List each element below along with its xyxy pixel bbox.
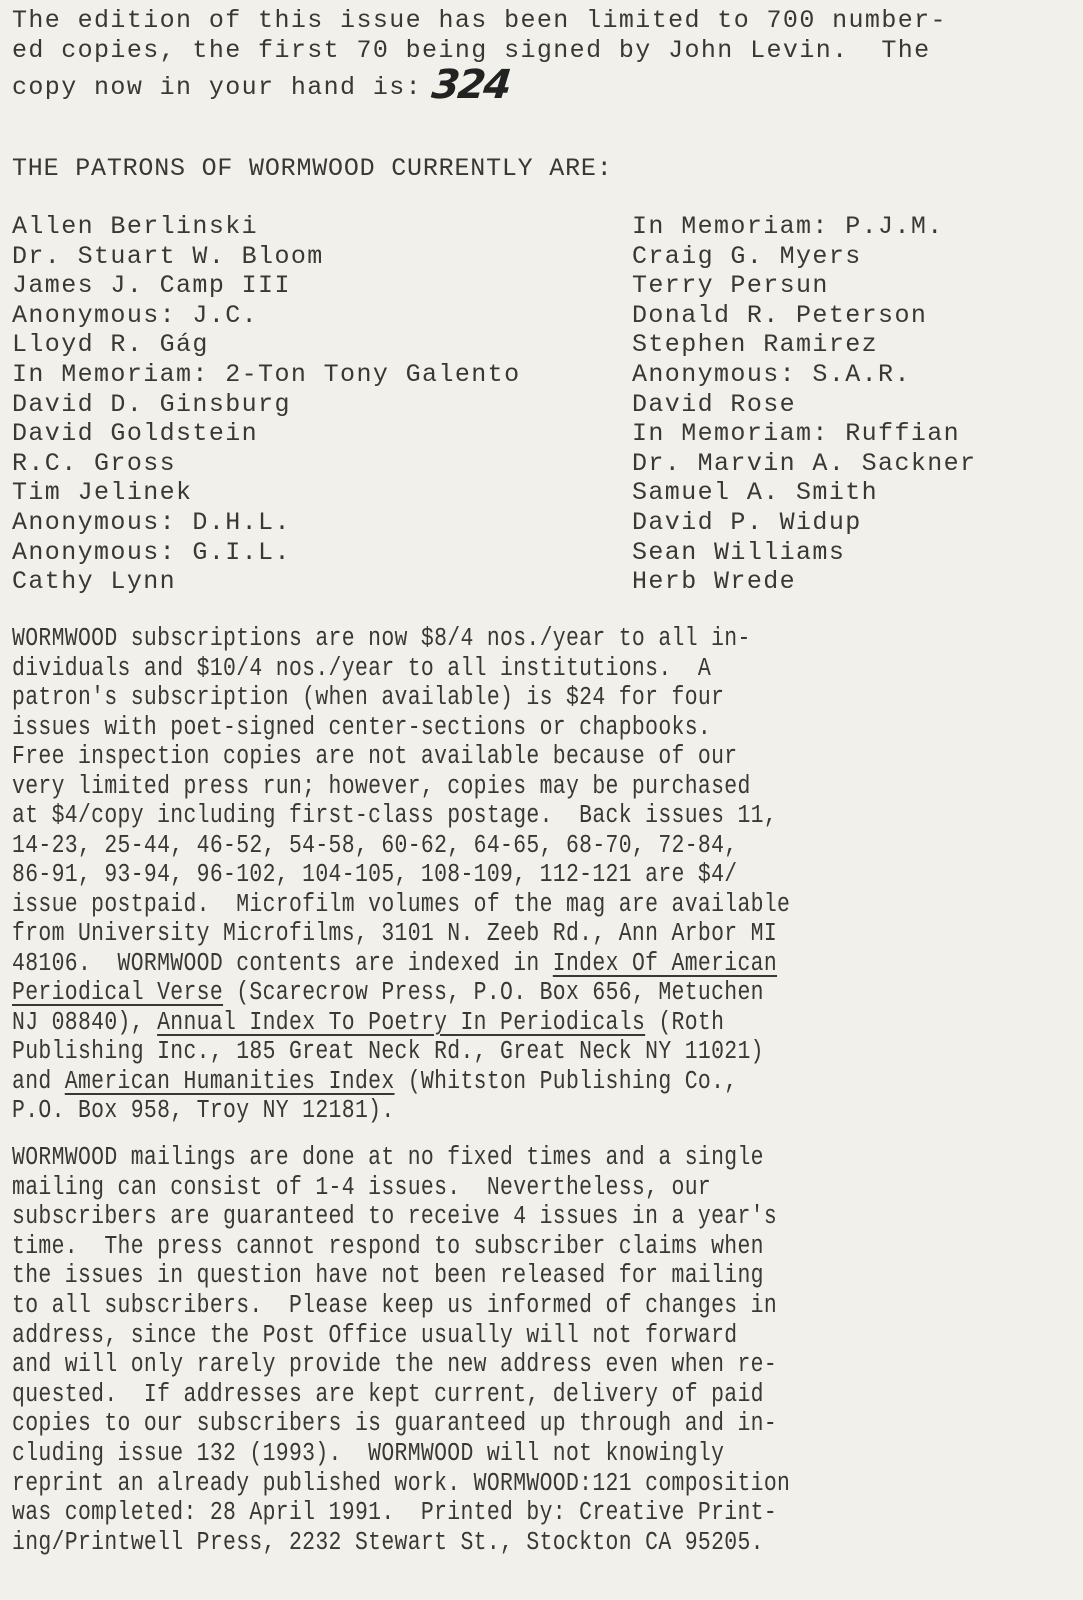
patron-name: Stephen Ramirez (632, 330, 878, 360)
patron-name: Donald R. Peterson (632, 301, 927, 331)
mailing-line: address, since the Post Office usually w… (12, 1321, 737, 1351)
patron-name: Lloyd R. Gág (12, 330, 209, 360)
patron-name: David P. Widup (632, 508, 862, 538)
index-line: Publishing Inc., 185 Great Neck Rd., Gre… (12, 1037, 764, 1067)
patron-name: David Rose (632, 390, 796, 420)
mailing-line: cluding issue 132 (1993). WORMWOOD will … (12, 1439, 724, 1469)
edition-line: copy now in your hand is:324 (12, 66, 510, 103)
patron-name: In Memoriam: 2-Ton Tony Galento (12, 360, 520, 390)
index-text: Publishing Inc., 185 Great Neck Rd., Gre… (12, 1037, 764, 1066)
index-text: NJ 08840), (12, 1008, 157, 1037)
subscription-line: from University Microfilms, 3101 N. Zeeb… (12, 919, 777, 949)
mailing-line: and will only rarely provide the new add… (12, 1350, 777, 1380)
subscription-line: dividuals and $10/4 nos./year to all ins… (12, 654, 711, 684)
index-line: and American Humanities Index (Whitston … (12, 1067, 737, 1097)
mailing-line: subscribers are guaranteed to receive 4 … (12, 1202, 777, 1232)
index-text: P.O. Box 958, Troy NY 12181). (12, 1096, 395, 1125)
mailing-line: time. The press cannot respond to subscr… (12, 1232, 764, 1262)
mailing-line: was completed: 28 April 1991. Printed by… (12, 1498, 777, 1528)
index-text: (Whitston Publishing Co., (395, 1067, 738, 1096)
edition-line: The edition of this issue has been limit… (12, 6, 947, 36)
index-text: 48106. WORMWOOD contents are indexed in (12, 949, 553, 978)
index-line: P.O. Box 958, Troy NY 12181). (12, 1096, 395, 1126)
patron-name: Terry Persun (632, 271, 829, 301)
mailing-line: the issues in question have not been rel… (12, 1261, 764, 1291)
subscription-line: 86-91, 93-94, 96-102, 104-105, 108-109, … (12, 860, 737, 890)
patron-name: Sean Williams (632, 538, 845, 568)
patron-name: Anonymous: G.I.L. (12, 538, 291, 568)
patron-name: Dr. Stuart W. Bloom (12, 242, 324, 272)
subscription-line: WORMWOOD subscriptions are now $8/4 nos.… (12, 624, 751, 654)
patron-name: Craig G. Myers (632, 242, 862, 272)
subscription-line: at $4/copy including first-class postage… (12, 801, 777, 831)
index-title: Index Of American (553, 949, 777, 978)
patron-name: Anonymous: D.H.L. (12, 508, 291, 538)
patron-name: Allen Berlinski (12, 212, 258, 242)
mailing-line: to all subscribers. Please keep us infor… (12, 1291, 777, 1321)
mailing-line: ing/Printwell Press, 2232 Stewart St., S… (12, 1528, 764, 1558)
index-title: Periodical Verse (12, 978, 223, 1007)
subscription-line: issues with poet-signed center-sections … (12, 713, 711, 743)
mailing-line: WORMWOOD mailings are done at no fixed t… (12, 1143, 764, 1173)
patron-name: David D. Ginsburg (12, 390, 291, 420)
patron-name: Anonymous: S.A.R. (632, 360, 911, 390)
mailing-line: quested. If addresses are kept current, … (12, 1380, 764, 1410)
mailing-line: copies to our subscribers is guaranteed … (12, 1409, 777, 1439)
subscription-line: very limited press run; however, copies … (12, 772, 751, 802)
patron-name: Dr. Marvin A. Sackner (632, 449, 976, 479)
subscription-line: patron's subscription (when available) i… (12, 683, 724, 713)
mailing-line: mailing can consist of 1-4 issues. Never… (12, 1173, 711, 1203)
index-text: (Roth (645, 1008, 724, 1037)
patron-name: Herb Wrede (632, 567, 796, 597)
subscription-line: 14-23, 25-44, 46-52, 54-58, 60-62, 64-65… (12, 831, 737, 861)
index-line: Periodical Verse (Scarecrow Press, P.O. … (12, 978, 764, 1008)
patron-name: Anonymous: J.C. (12, 301, 258, 331)
copy-number: 324 (430, 70, 511, 100)
patron-name: Samuel A. Smith (632, 478, 878, 508)
index-line: NJ 08840), Annual Index To Poetry In Per… (12, 1008, 724, 1038)
index-text: and (12, 1067, 65, 1096)
patrons-heading: THE PATRONS OF WORMWOOD CURRENTLY ARE: (12, 154, 613, 184)
patron-name: Tim Jelinek (12, 478, 192, 508)
subscription-line: issue postpaid. Microfilm volumes of the… (12, 890, 790, 920)
index-line: 48106. WORMWOOD contents are indexed in … (12, 949, 777, 979)
index-title: American Humanities Index (65, 1067, 395, 1096)
mailing-line: reprint an already published work. WORMW… (12, 1469, 790, 1499)
patron-name: David Goldstein (12, 419, 258, 449)
index-title: Annual Index To Poetry In Periodicals (157, 1008, 645, 1037)
patron-name: In Memoriam: P.J.M. (632, 212, 944, 242)
patron-name: Cathy Lynn (12, 567, 176, 597)
patron-name: James J. Camp III (12, 271, 291, 301)
patron-name: In Memoriam: Ruffian (632, 419, 960, 449)
patron-name: R.C. Gross (12, 449, 176, 479)
edition-line-text: copy now in your hand is: (12, 73, 422, 102)
subscription-line: Free inspection copies are not available… (12, 742, 737, 772)
index-text: (Scarecrow Press, P.O. Box 656, Metuchen (223, 978, 764, 1007)
